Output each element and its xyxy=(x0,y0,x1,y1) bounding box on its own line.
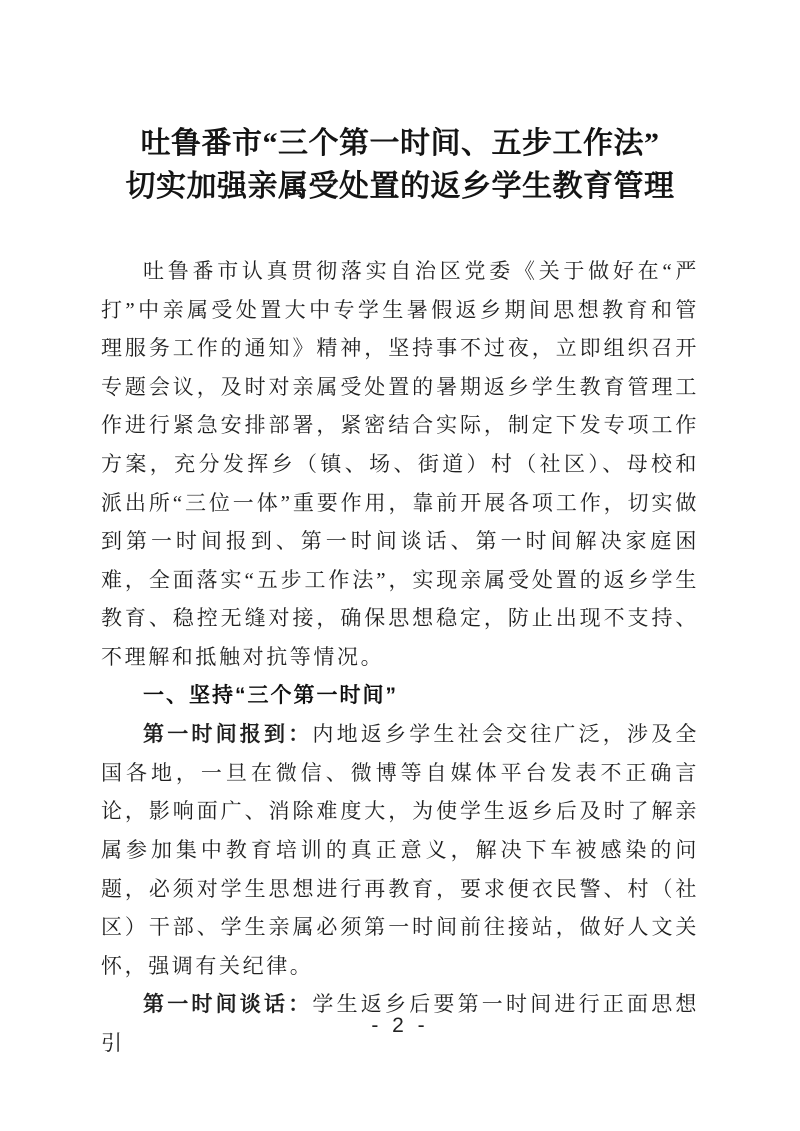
paragraph-text: 吐鲁番市认真贯彻落实自治区党委《关于做好在“严打”中亲属受处置大中专学生暑假返乡… xyxy=(101,259,699,669)
document-title: 吐鲁番市“三个第一时间、五步工作法” 切实加强亲属受处置的返乡学生教育管理 xyxy=(0,122,800,208)
section-heading-text: 一、坚持“三个第一时间” xyxy=(143,684,398,707)
paragraph-text: 内地返乡学生社会交往广泛，涉及全国各地，一旦在微信、微博等自媒体平台发表不正确言… xyxy=(101,722,699,978)
title-line-1: 吐鲁番市“三个第一时间、五步工作法” xyxy=(0,122,800,165)
title-line-2: 切实加强亲属受处置的返乡学生教育管理 xyxy=(0,165,800,208)
page-number: - 2 - xyxy=(0,1014,800,1038)
paragraph-first-time-report: 第一时间报到：内地返乡学生社会交往广泛，涉及全国各地，一旦在微信、微博等自媒体平… xyxy=(101,715,699,985)
document-page: 吐鲁番市“三个第一时间、五步工作法” 切实加强亲属受处置的返乡学生教育管理 吐鲁… xyxy=(0,0,800,1131)
section-heading-1: 一、坚持“三个第一时间” xyxy=(101,677,699,716)
paragraph-lead: 第一时间报到： xyxy=(143,722,312,746)
intro-paragraph: 吐鲁番市认真贯彻落实自治区党委《关于做好在“严打”中亲属受处置大中专学生暑假返乡… xyxy=(101,252,699,677)
document-body: 吐鲁番市认真贯彻落实自治区党委《关于做好在“严打”中亲属受处置大中专学生暑假返乡… xyxy=(101,252,699,1062)
paragraph-lead: 第一时间谈话： xyxy=(143,992,312,1016)
